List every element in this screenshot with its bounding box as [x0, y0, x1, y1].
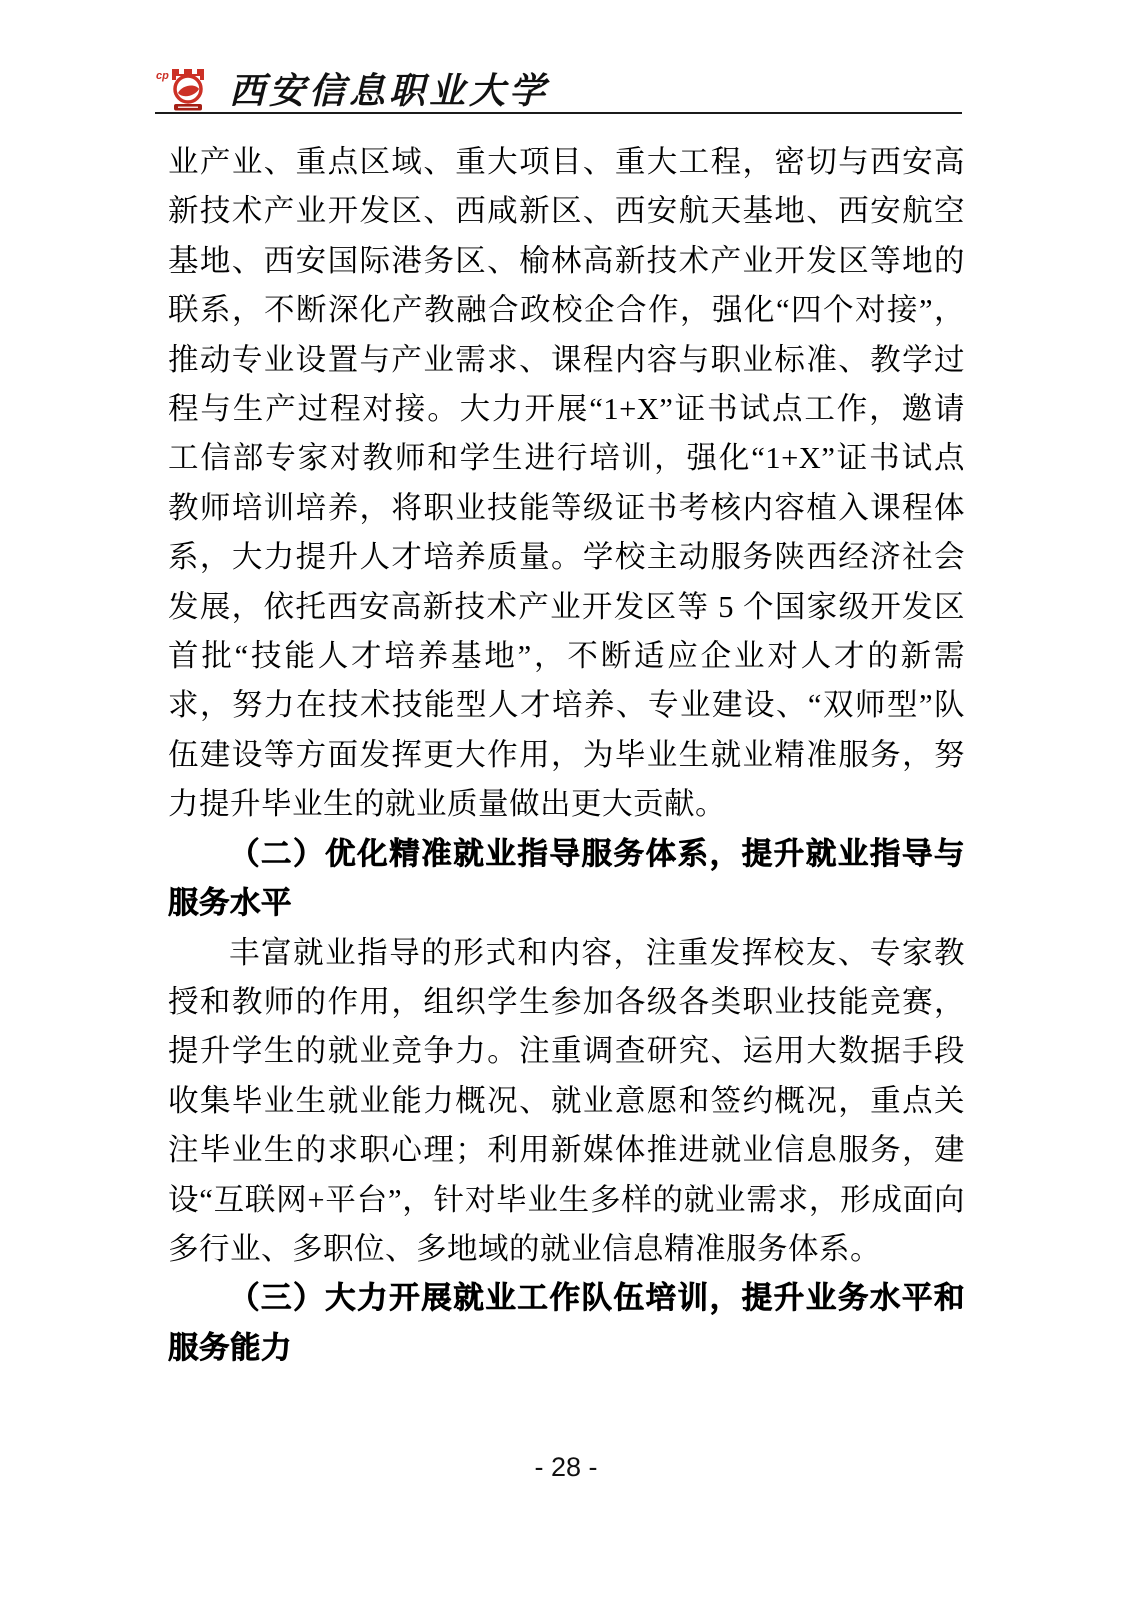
document-body: 业产业、重点区域、重大项目、重大工程，密切与西安高新技术产业开发区、西咸新区、西…: [168, 138, 965, 1373]
university-name: 西安信息职业大学: [229, 73, 549, 111]
body-paragraph: 业产业、重点区域、重大项目、重大工程，密切与西安高新技术产业开发区、西咸新区、西…: [168, 138, 965, 830]
page-header: cp 西安信息职业大学: [155, 66, 962, 114]
section-heading: （二）优化精准就业指导服务体系，提升就业指导与服务水平: [168, 830, 965, 929]
section-heading: （三）大力开展就业工作队伍培训，提升业务水平和服务能力: [168, 1274, 965, 1373]
logo-banner-text-marks: [178, 107, 198, 109]
page-number: - 28 -: [0, 1452, 1132, 1483]
body-paragraph: 丰富就业指导的形式和内容，注重发挥校友、专家教授和教师的作用，组织学生参加各级各…: [168, 929, 965, 1275]
university-logo: cp: [155, 65, 219, 111]
logo-cp-label: cp: [156, 70, 169, 82]
university-logo-icon: cp: [155, 65, 219, 111]
document-page: cp 西安信息职业大学 业产业、重点区域、重大项目、重大工程，密切与西安高新技术…: [0, 0, 1132, 1600]
